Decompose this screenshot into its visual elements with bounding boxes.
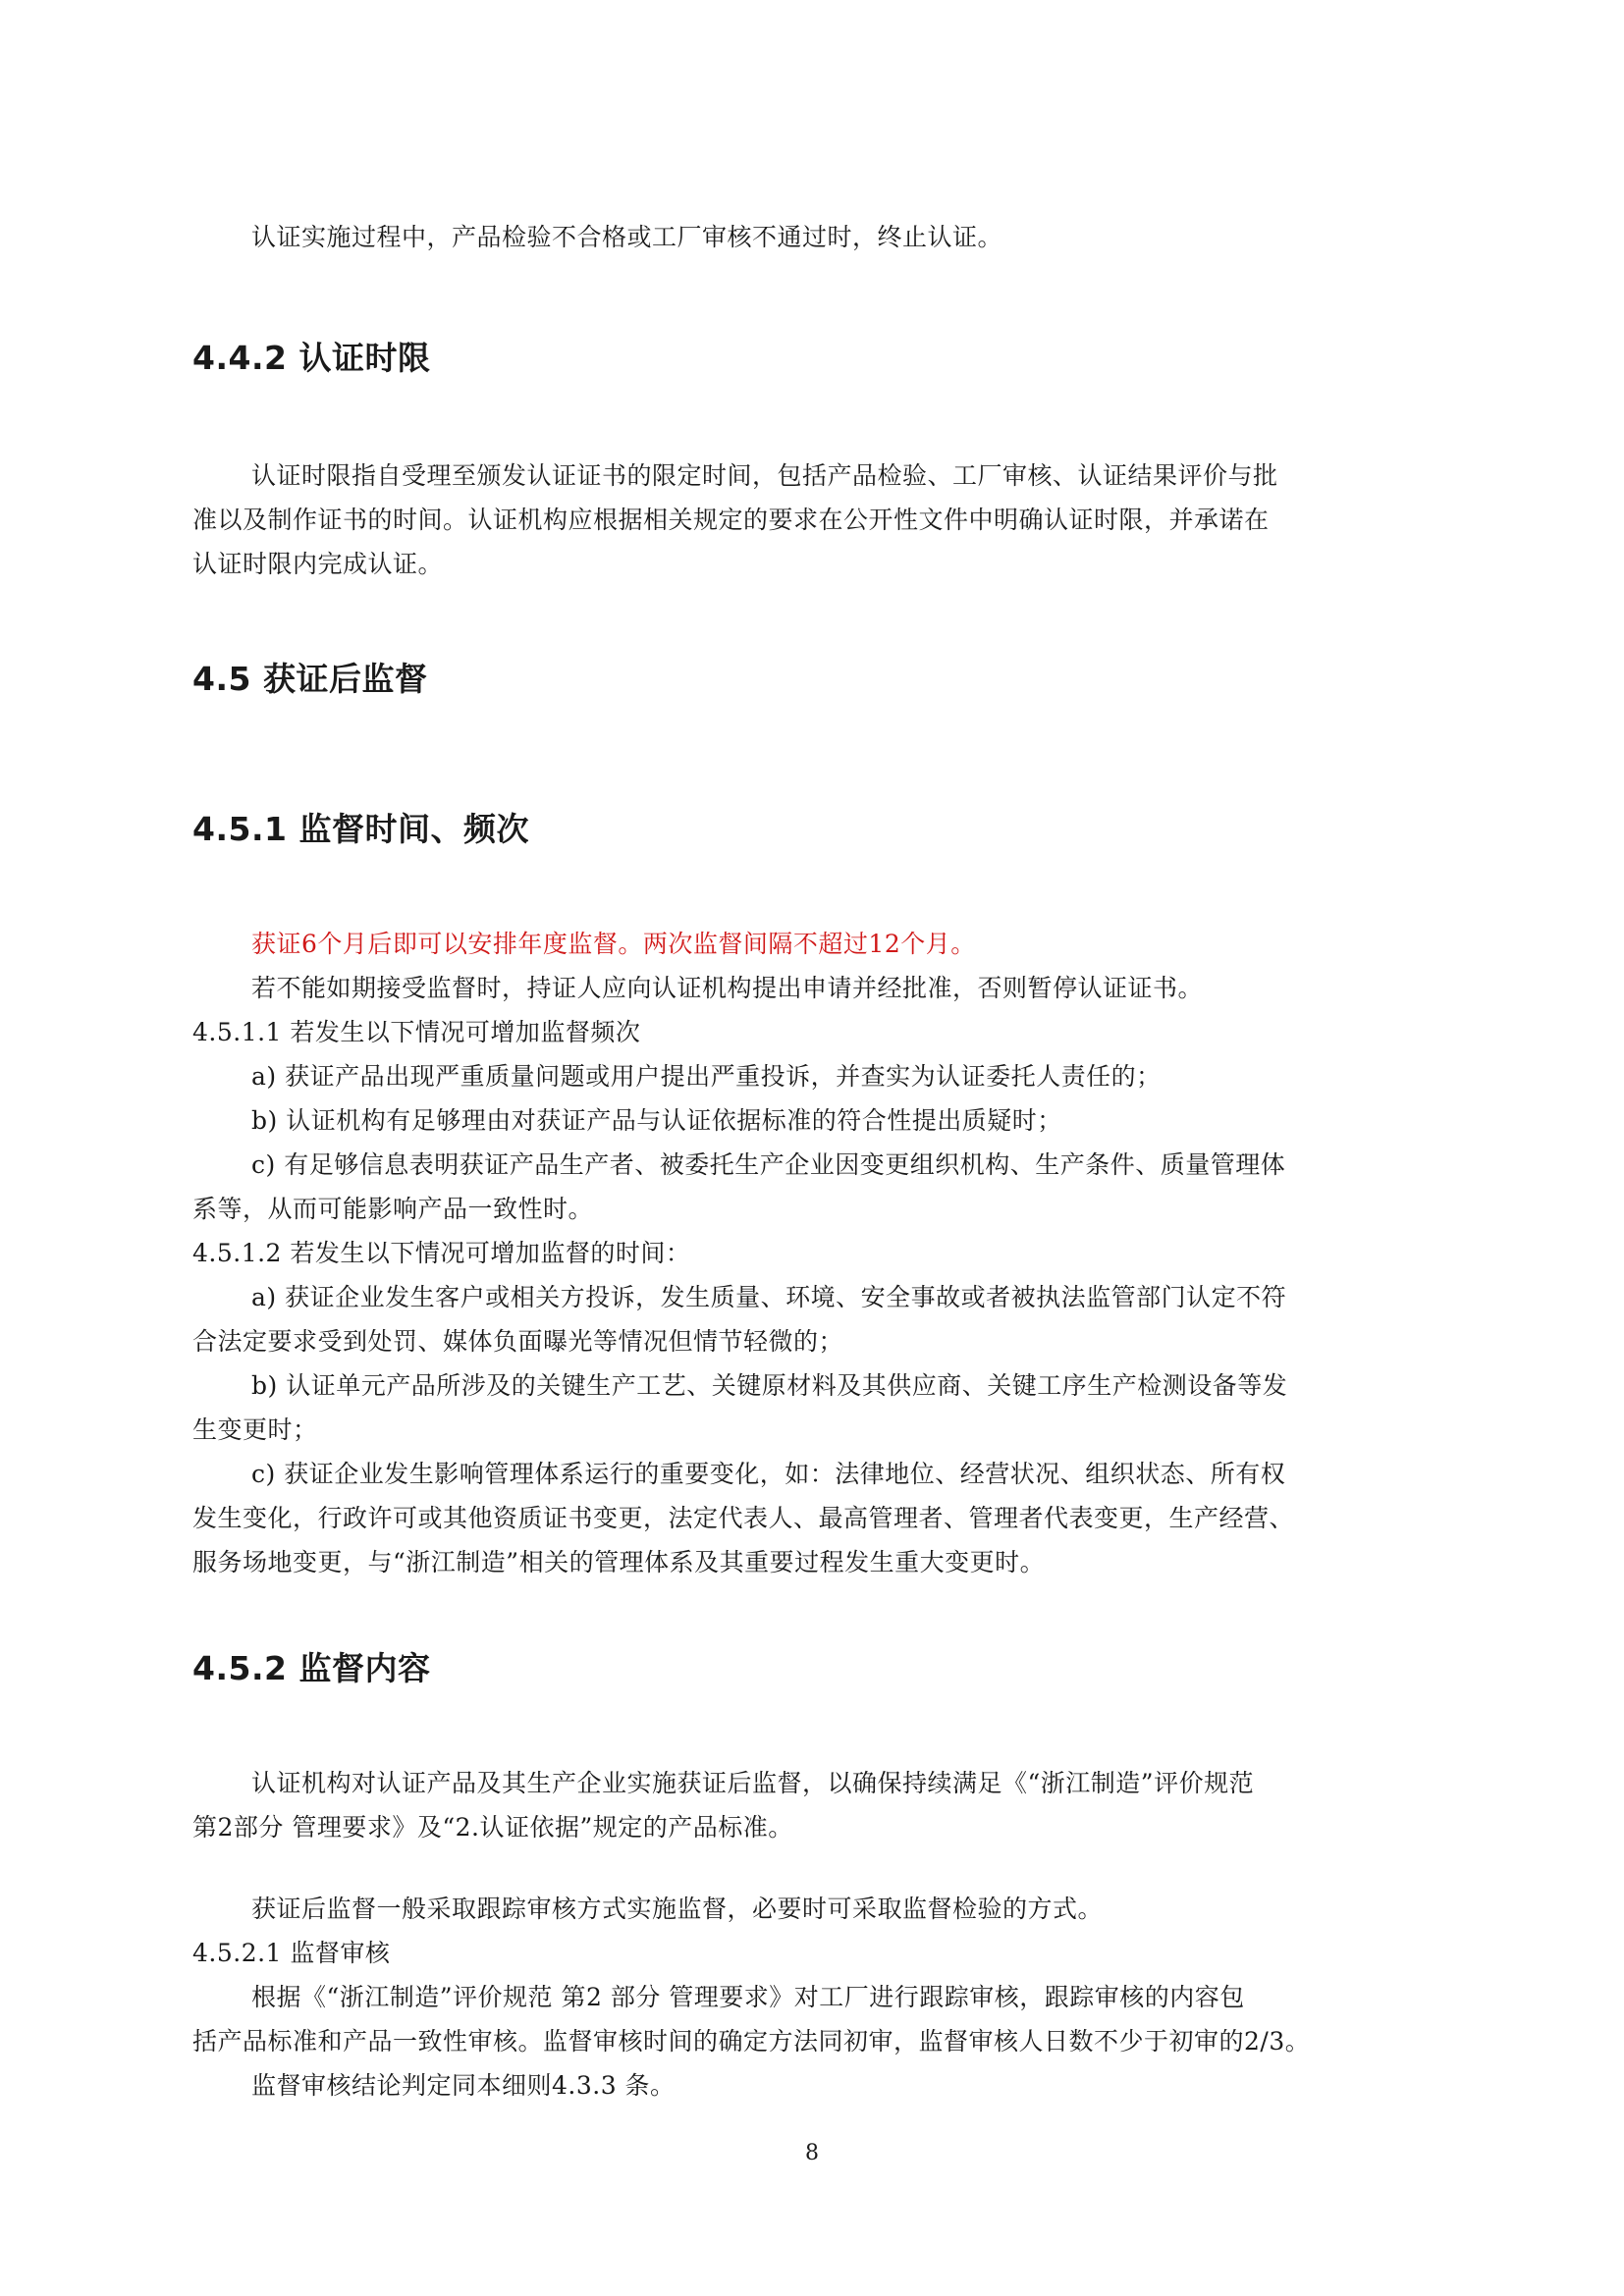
list-item-4512-a-line1: a) 获证企业发生客户或相关方投诉，发生质量、环境、安全事故或者被执法监管部门认… bbox=[251, 1281, 1286, 1314]
paragraph-content-line2: 第2部分 管理要求》及“2.认证依据”规定的产品标准。 bbox=[192, 1811, 793, 1844]
list-item-4511-c-line1: c) 有足够信息表明获证产品生产者、被委托生产企业因变更组织机构、生产条件、质量… bbox=[251, 1148, 1285, 1182]
list-item-4512-c-line2: 发生变化，行政许可或其他资质证书变更，法定代表人、最高管理者、管理者代表变更，生… bbox=[192, 1502, 1294, 1535]
list-item-4512-a-line2: 合法定要求受到处罚、媒体负面曝光等情况但情节轻微的； bbox=[192, 1325, 843, 1359]
paragraph-time-limit-line3: 认证时限内完成认证。 bbox=[192, 548, 443, 581]
list-item-4512-c-line1: c) 获证企业发生影响管理体系运行的重要变化，如：法律地位、经营状况、组织状态、… bbox=[251, 1458, 1285, 1491]
heading-4-5: 4.5 获证后监督 bbox=[192, 660, 427, 699]
heading-4-5-1-2: 4.5.1.2 若发生以下情况可增加监督的时间： bbox=[192, 1237, 690, 1270]
list-item-4512-c-line3: 服务场地变更，与“浙江制造”相关的管理体系及其重要过程发生重大变更时。 bbox=[192, 1546, 1045, 1579]
paragraph-time-limit-line1: 认证时限指自受理至颁发认证证书的限定时间，包括产品检验、工厂审核、认证结果评价与… bbox=[251, 459, 1278, 493]
paragraph-content-line1: 认证机构对认证产品及其生产企业实施获证后监督，以确保持续满足《“浙江制造”评价规… bbox=[251, 1767, 1254, 1800]
paragraph-notify: 若不能如期接受监督时，持证人应向认证机构提出申请并经批准，否则暂停认证证书。 bbox=[251, 972, 1203, 1005]
paragraph-audit-line3: 监督审核结论判定同本细则4.3.3 条。 bbox=[251, 2069, 676, 2103]
list-item-4511-b: b) 认证机构有足够理由对获证产品与认证依据标准的符合性提出质疑时； bbox=[251, 1104, 1062, 1138]
paragraph-audit-line2: 括产品标准和产品一致性审核。监督审核时间的确定方法同初审，监督审核人日数不少于初… bbox=[192, 2025, 1310, 2058]
list-item-4511-c-line2: 系等，从而可能影响产品一致性时。 bbox=[192, 1193, 593, 1226]
heading-4-5-2: 4.5.2 监督内容 bbox=[192, 1649, 430, 1688]
page-number: 8 bbox=[0, 2140, 1624, 2167]
list-item-4512-b-line2: 生变更时； bbox=[192, 1414, 318, 1447]
heading-4-4-2: 4.4.2 认证时限 bbox=[192, 339, 430, 378]
paragraph-terminate: 认证实施过程中，产品检验不合格或工厂审核不通过时，终止认证。 bbox=[251, 221, 1002, 254]
paragraph-red-interval: 获证6个月后即可以安排年度监督。两次监督间隔不超过12个月。 bbox=[251, 928, 976, 961]
heading-4-5-1-1: 4.5.1.1 若发生以下情况可增加监督频次 bbox=[192, 1016, 640, 1049]
list-item-4511-a: a) 获证产品出现严重质量问题或用户提出严重投诉，并查实为认证委托人责任的； bbox=[251, 1060, 1162, 1094]
heading-4-5-1: 4.5.1 监督时间、频次 bbox=[192, 810, 529, 849]
paragraph-method: 获证后监督一般采取跟踪审核方式实施监督，必要时可采取监督检验的方式。 bbox=[251, 1893, 1103, 1926]
paragraph-time-limit-line2: 准以及制作证书的时间。认证机构应根据相关规定的要求在公开性文件中明确认证时限，并… bbox=[192, 504, 1270, 537]
list-item-4512-b-line1: b) 认证单元产品所涉及的关键生产工艺、关键原材料及其供应商、关键工序生产检测设… bbox=[251, 1369, 1287, 1403]
paragraph-audit-line1: 根据《“浙江制造”评价规范 第2 部分 管理要求》对工厂进行跟踪审核，跟踪审核的… bbox=[251, 1981, 1245, 2014]
heading-4-5-2-1: 4.5.2.1 监督审核 bbox=[192, 1937, 390, 1970]
document-page: 认证实施过程中，产品检验不合格或工厂审核不通过时，终止认证。 4.4.2 认证时… bbox=[0, 0, 1624, 2296]
